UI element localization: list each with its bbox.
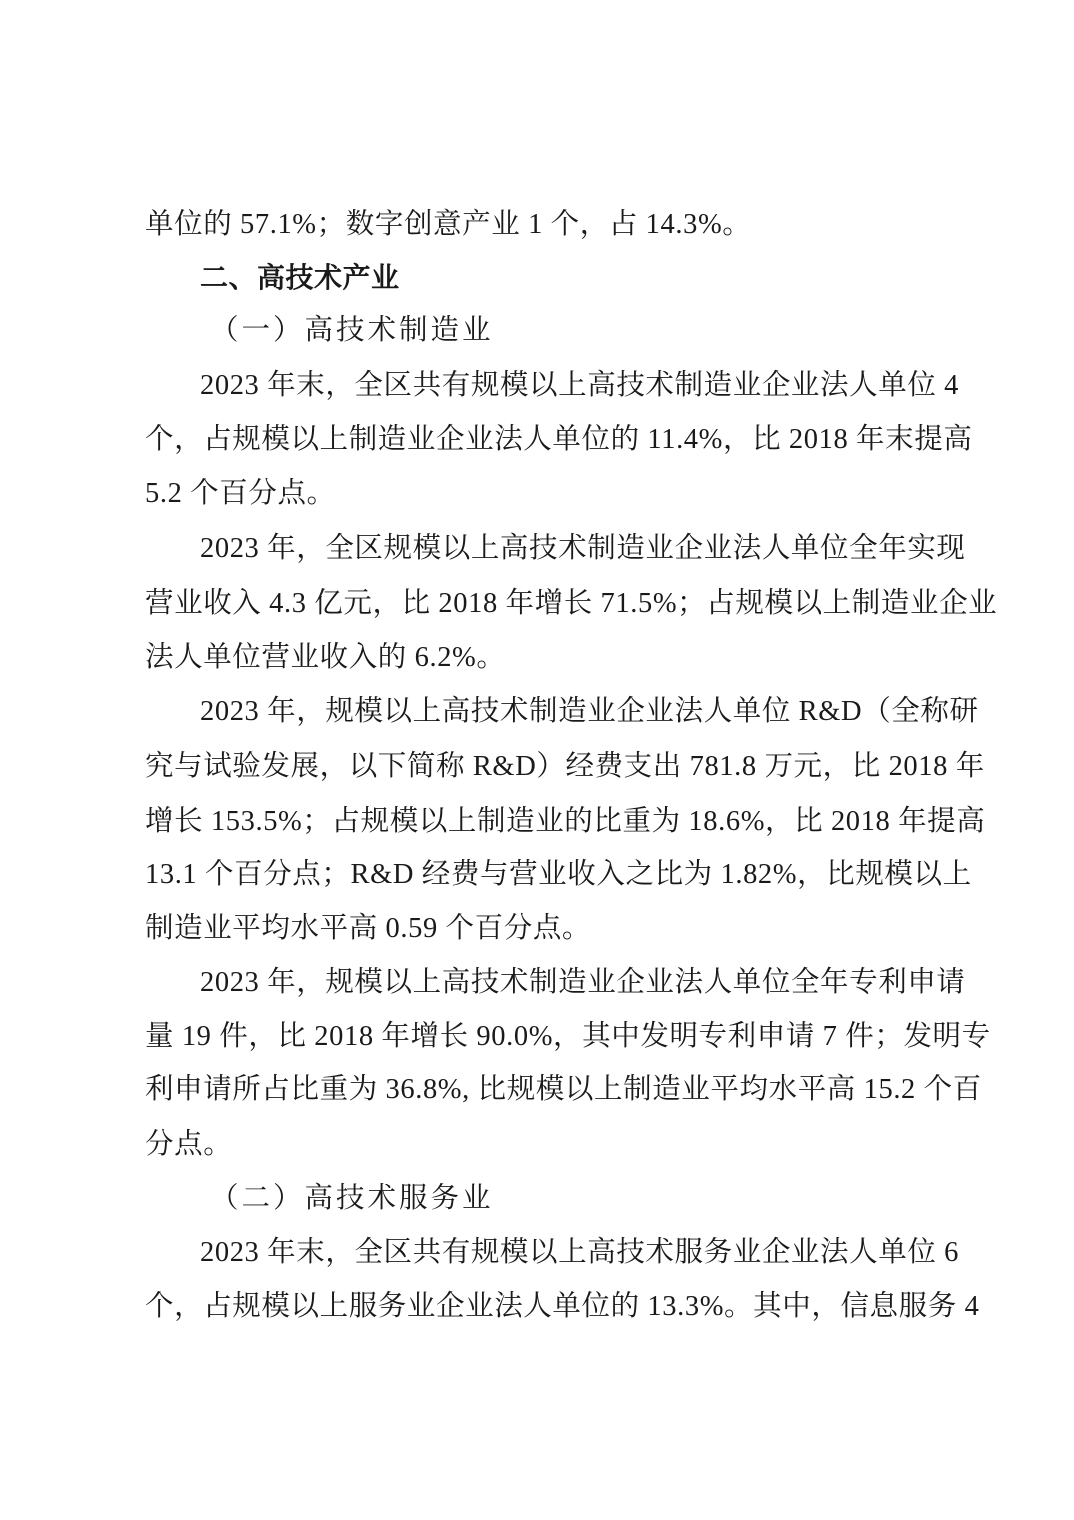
paragraph-line: 增长 153.5%；占规模以上制造业的比重为 18.6%，比 2018 年提高 (145, 802, 945, 842)
section-heading: 二、高技术产业 (200, 258, 945, 298)
paragraph-line: 利申请所占比重为 36.8%, 比规模以上制造业平均水平高 15.2 个百 (145, 1070, 945, 1110)
paragraph-line: 13.1 个百分点；R&D 经费与营业收入之比为 1.82%，比规模以上 (145, 855, 945, 895)
subsection-heading-services: （二）高技术服务业 (210, 1179, 1010, 1219)
paragraph-line: 5.2 个百分点。 (145, 474, 945, 514)
paragraph-line: 个，占规模以上服务业企业法人单位的 13.3%。其中，信息服务 4 (145, 1287, 945, 1327)
paragraph-line: 分点。 (145, 1125, 945, 1165)
paragraph-line: 制造业平均水平高 0.59 个百分点。 (145, 909, 945, 949)
subsection-heading-manufacturing: （一）高技术制造业 (210, 311, 1010, 351)
paragraph-line: 营业收入 4.3 亿元，比 2018 年增长 71.5%；占规模以上制造业企业 (145, 584, 945, 624)
paragraph-line: 个，占规模以上制造业企业法人单位的 11.4%，比 2018 年末提高 (145, 420, 945, 460)
paragraph-line: 量 19 件，比 2018 年增长 90.0%，其中发明专利申请 7 件；发明专 (145, 1017, 945, 1057)
paragraph-line: 2023 年，全区规模以上高技术制造业企业法人单位全年实现 (200, 529, 945, 569)
paragraph-line: 法人单位营业收入的 6.2%。 (145, 638, 945, 678)
paragraph-line: 2023 年末，全区共有规模以上高技术服务业企业法人单位 6 (200, 1233, 945, 1273)
paragraph-line: 2023 年末，全区共有规模以上高技术制造业企业法人单位 4 (200, 366, 945, 406)
paragraph-continuation-line: 单位的 57.1%；数字创意产业 1 个，占 14.3%。 (145, 205, 945, 245)
paragraph-line: 究与试验发展，以下简称 R&D）经费支出 781.8 万元，比 2018 年 (145, 747, 945, 787)
paragraph-line: 2023 年，规模以上高技术制造业企业法人单位 R&D（全称研 (200, 692, 945, 732)
document-page: 单位的 57.1%；数字创意产业 1 个，占 14.3%。 二、高技术产业 （一… (0, 0, 1074, 1520)
paragraph-line: 2023 年，规模以上高技术制造业企业法人单位全年专利申请 (200, 963, 945, 1003)
